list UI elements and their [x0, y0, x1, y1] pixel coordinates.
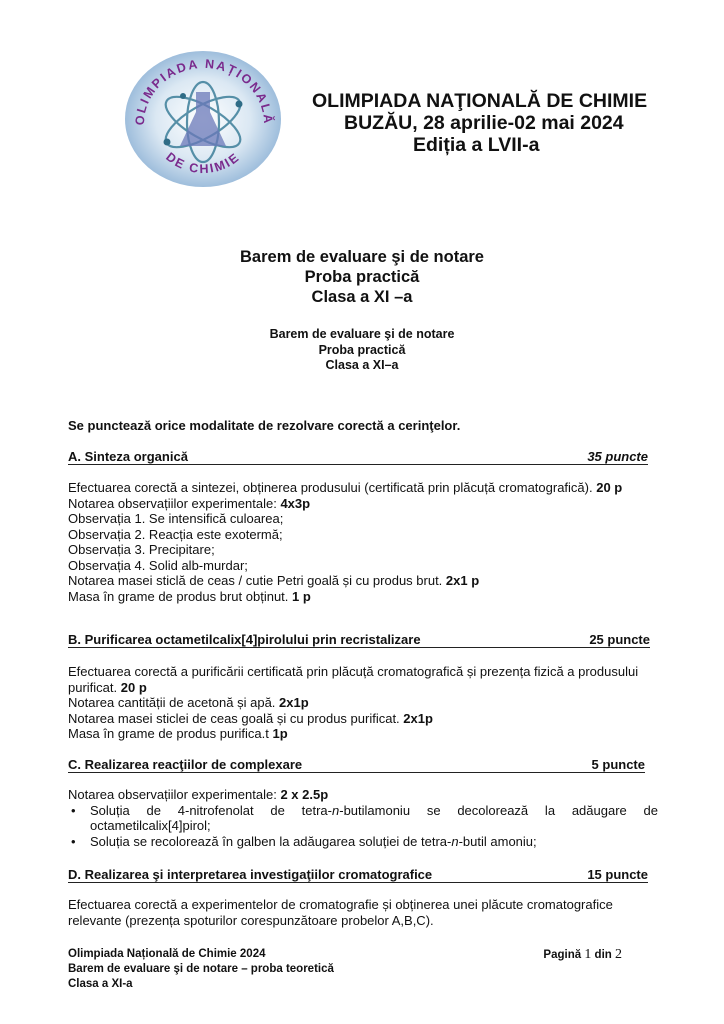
page-footer: Olimpiada Națională de Chimie 2024 Barem…	[68, 947, 658, 992]
document-title-block: Barem de evaluare şi de notare Proba pra…	[0, 247, 724, 307]
header-title: OLIMPIADA NAŢIONALĂ DE CHIMIE	[312, 90, 682, 112]
section-b-line: Notarea masei sticlei de ceas goală și c…	[68, 711, 660, 727]
observation-item: Soluția de 4-nitrofenolat de tetra-n-but…	[68, 803, 658, 834]
title-line-1: Barem de evaluare şi de notare	[0, 247, 724, 267]
section-d-label: D. Realizarea şi interpretarea investiga…	[68, 867, 432, 882]
section-c-heading: C. Realizarea reacţiilor de complexare 5…	[68, 756, 645, 773]
section-b-label: B. Purificarea octametilcalix[4]pirolulu…	[68, 632, 421, 647]
intro-note: Se punctează orice modalitate de rezolva…	[68, 418, 460, 434]
section-a-line: Observația 4. Solid alb-murdar;	[68, 558, 658, 574]
subtitle-line-3: Clasa a XI–a	[0, 358, 724, 374]
section-a-line: Observația 1. Se intensifică culoarea;	[68, 511, 658, 527]
section-a-heading: A. Sinteza organică 35 puncte	[68, 448, 648, 465]
section-b-heading: B. Purificarea octametilcalix[4]pirolulu…	[68, 631, 650, 648]
section-b-line: Notarea cantității de acetonă și apă. 2x…	[68, 695, 660, 711]
section-a-points: 35 puncte	[587, 449, 648, 464]
section-c-label: C. Realizarea reacţiilor de complexare	[68, 757, 302, 772]
subtitle-line-1: Barem de evaluare şi de notare	[0, 327, 724, 343]
section-d-body: Efectuarea corectă a experimentelor de c…	[68, 897, 658, 928]
section-c-observations: Soluția de 4-nitrofenolat de tetra-n-but…	[68, 803, 658, 850]
page-number: Pagină 1 din 2	[543, 947, 622, 963]
section-c-intro: Notarea observațiilor experimentale: 2 x…	[68, 787, 658, 803]
section-d-points: 15 puncte	[587, 867, 648, 882]
section-a-line: Observația 3. Precipitare;	[68, 542, 658, 558]
section-b-points: 25 puncte	[589, 632, 650, 647]
title-line-3: Clasa a XI –a	[0, 287, 724, 307]
observation-item: Soluția se recolorează în galben la adău…	[68, 834, 658, 850]
section-b-body: Efectuarea corectă a purificării certifi…	[68, 664, 660, 742]
section-a-line: Efectuarea corectă a sintezei, obținerea…	[68, 480, 658, 496]
footer-line-3: Clasa a XI-a	[68, 977, 658, 992]
header-edition: Ediția a LVII-a	[312, 134, 682, 156]
section-a-line: Notarea masei sticlă de ceas / cutie Pet…	[68, 573, 658, 589]
section-b-line: Masa în grame de produs purifica.t 1p	[68, 726, 660, 742]
section-a-line: Masa în grame de produs brut obținut. 1 …	[68, 589, 658, 605]
subtitle-line-2: Proba practică	[0, 343, 724, 359]
logo-emblem-icon: OLIMPIADA NAȚIONALĂ DE CHIMIE	[122, 48, 284, 190]
header-location-dates: BUZĂU, 28 aprilie-02 mai 2024	[312, 112, 682, 134]
section-a-label: A. Sinteza organică	[68, 449, 188, 464]
section-a-line: Notarea observațiilor experimentale: 4x3…	[68, 496, 658, 512]
document-subtitle-block: Barem de evaluare şi de notare Proba pra…	[0, 327, 724, 374]
section-a-line: Observația 2. Reacția este exotermă;	[68, 527, 658, 543]
olympiad-logo: OLIMPIADA NAȚIONALĂ DE CHIMIE	[122, 48, 284, 190]
section-c-points: 5 puncte	[592, 757, 645, 772]
section-b-main-criterion: Efectuarea corectă a purificării certifi…	[68, 664, 660, 695]
section-c-body: Notarea observațiilor experimentale: 2 x…	[68, 787, 658, 849]
section-d-heading: D. Realizarea şi interpretarea investiga…	[68, 866, 648, 883]
section-a-body: Efectuarea corectă a sintezei, obținerea…	[68, 480, 658, 604]
footer-line-2: Barem de evaluare şi de notare – proba t…	[68, 962, 658, 977]
title-line-2: Proba practică	[0, 267, 724, 287]
section-d-line: Efectuarea corectă a experimentelor de c…	[68, 897, 658, 913]
section-d-line: relevante (prezența spoturilor corespunz…	[68, 913, 658, 929]
olympiad-header: OLIMPIADA NAŢIONALĂ DE CHIMIE BUZĂU, 28 …	[312, 90, 682, 156]
